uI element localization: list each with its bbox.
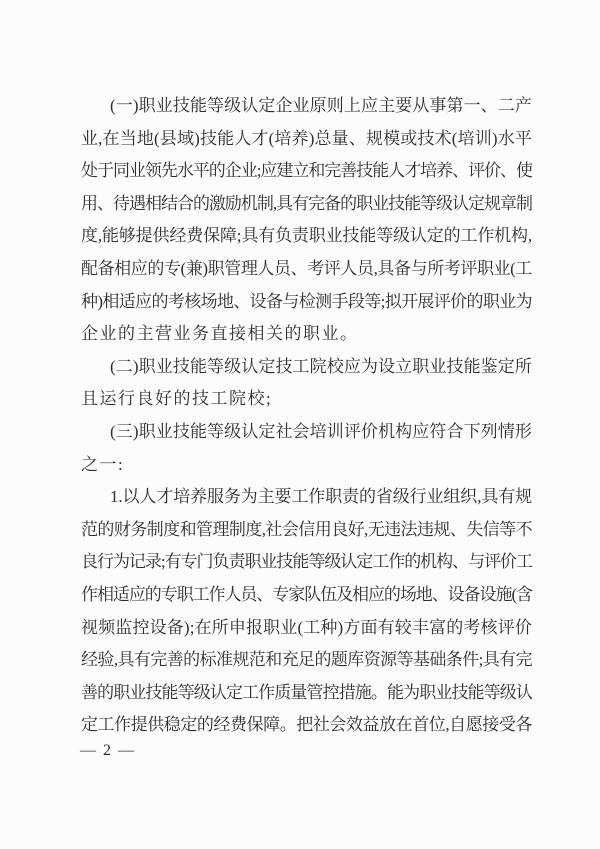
text-line: 作相适应的专职工作人员、专家队伍及相应的场地、设备设施(含 xyxy=(81,579,532,612)
page-number: — 2 — xyxy=(80,740,136,762)
text-line: (三)职业技能等级认定社会培训评价机构应符合下列情形 xyxy=(81,416,532,449)
text-line: 用、待遇相结合的激励机制,具有完备的职业技能等级认定规章制 xyxy=(81,188,532,221)
text-line: 范的财务制度和管理制度,社会信用良好,无违法违规、失信等不 xyxy=(81,514,532,547)
paragraph-4: 1.以人才培养服务为主要工作职责的省级行业组织,具有规 范的财务制度和管理制度,… xyxy=(81,481,532,742)
text-line: 处于同业领先水平的企业;应建立和完善技能人才培养、评价、使 xyxy=(81,155,532,188)
text-line: 良行为记录;有专门负责职业技能等级认定工作的机构、与评价工 xyxy=(81,546,532,579)
text-line: (二)职业技能等级认定技工院校应为设立职业技能鉴定所 xyxy=(81,351,532,384)
paragraph-1: (一)职业技能等级认定企业原则上应主要从事第一、二产 业,在当地(县域)技能人才… xyxy=(81,90,532,351)
text-line: 之一: xyxy=(81,449,532,482)
text-line: 度,能够提供经费保障;具有负责职业技能等级认定的工作机构, xyxy=(81,220,532,253)
text-line: 视频监控设备);在所申报职业(工种)方面有较丰富的考核评价 xyxy=(81,612,532,645)
text-line: 种)相适应的考核场地、设备与检测手段等;拟开展评价的职业为 xyxy=(81,286,532,319)
text-line: 业,在当地(县域)技能人才(培养)总量、规模或技术(培训)水平 xyxy=(81,123,532,156)
text-line: 配备相应的专(兼)职管理人员、考评人员,具备与所考评职业(工 xyxy=(81,253,532,286)
text-line: (一)职业技能等级认定企业原则上应主要从事第一、二产 xyxy=(81,90,532,123)
text-line: 1.以人才培养服务为主要工作职责的省级行业组织,具有规 xyxy=(81,481,532,514)
text-line: 且运行良好的技工院校; xyxy=(81,383,532,416)
text-line: 企业的主营业务直接相关的职业。 xyxy=(81,318,532,351)
document-body: (一)职业技能等级认定企业原则上应主要从事第一、二产 业,在当地(县域)技能人才… xyxy=(81,90,532,742)
document-page: (一)职业技能等级认定企业原则上应主要从事第一、二产 业,在当地(县域)技能人才… xyxy=(0,0,600,849)
paragraph-2: (二)职业技能等级认定技工院校应为设立职业技能鉴定所 且运行良好的技工院校; xyxy=(81,351,532,416)
text-line: 善的职业技能等级认定工作质量管控措施。能为职业技能等级认 xyxy=(81,677,532,710)
paragraph-3: (三)职业技能等级认定社会培训评价机构应符合下列情形 之一: xyxy=(81,416,532,481)
text-line: 经验,具有完善的标准规范和充足的题库资源等基础条件;具有完 xyxy=(81,644,532,677)
text-line: 定工作提供稳定的经费保障。把社会效益放在首位,自愿接受各 xyxy=(81,709,532,742)
